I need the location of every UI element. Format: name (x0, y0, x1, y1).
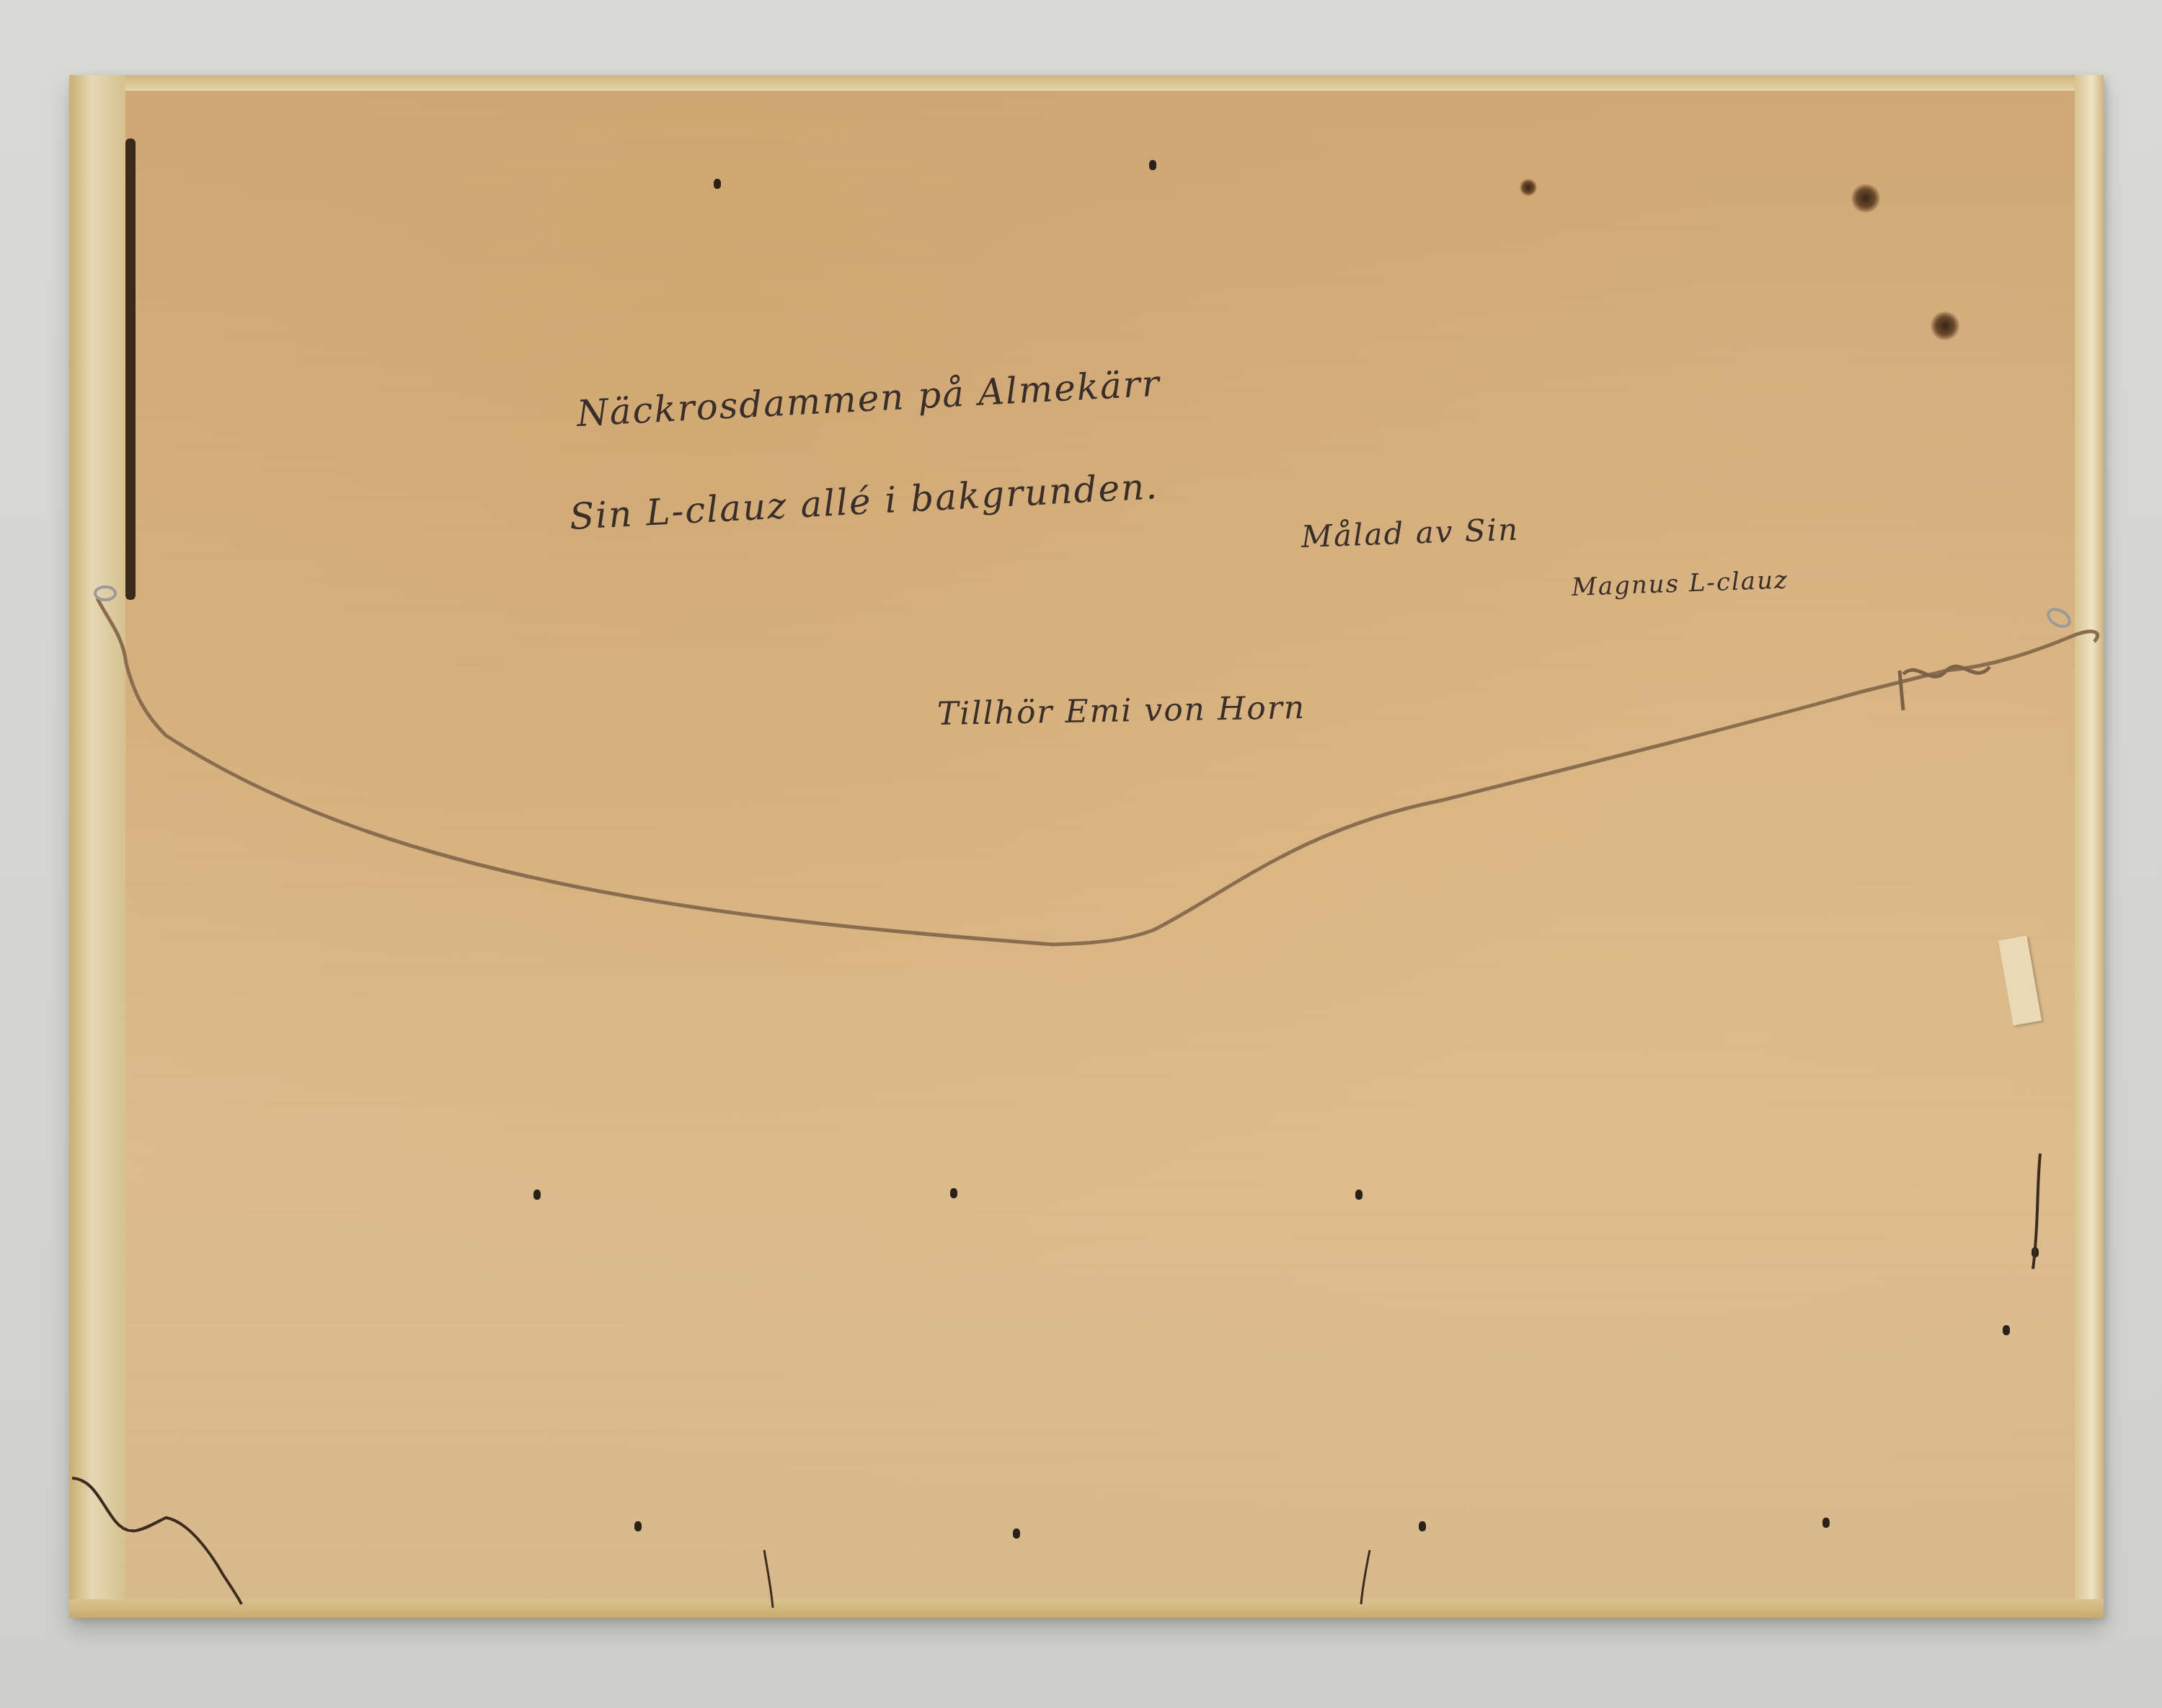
frame-edge-top (69, 75, 2104, 91)
paper-backing (125, 91, 2075, 1599)
inscription-owner: Tillhör Emi von Horn (937, 689, 1306, 733)
stain-mark (1851, 184, 1880, 213)
nail-hole (533, 1190, 541, 1200)
frame-edge-right (2075, 75, 2104, 1618)
nail-hole (950, 1188, 957, 1198)
stain-mark (1931, 311, 1959, 340)
nail-hole (1149, 160, 1156, 170)
nail-hole (2032, 1247, 2039, 1257)
stain-mark (1520, 179, 1537, 196)
nail-hole (1419, 1521, 1426, 1531)
frame-edge-bottom (69, 1599, 2104, 1618)
nail-hole (2003, 1325, 2010, 1335)
nail-hole (1822, 1518, 1830, 1528)
picture-frame (69, 75, 2104, 1618)
nail-hole (1355, 1190, 1363, 1200)
screw-eye-left (94, 585, 117, 601)
torn-paper-gap (125, 138, 136, 600)
frame-edge-left (69, 75, 125, 1618)
nail-hole (634, 1521, 642, 1531)
nail-hole (714, 179, 721, 189)
nail-hole (1013, 1528, 1020, 1539)
